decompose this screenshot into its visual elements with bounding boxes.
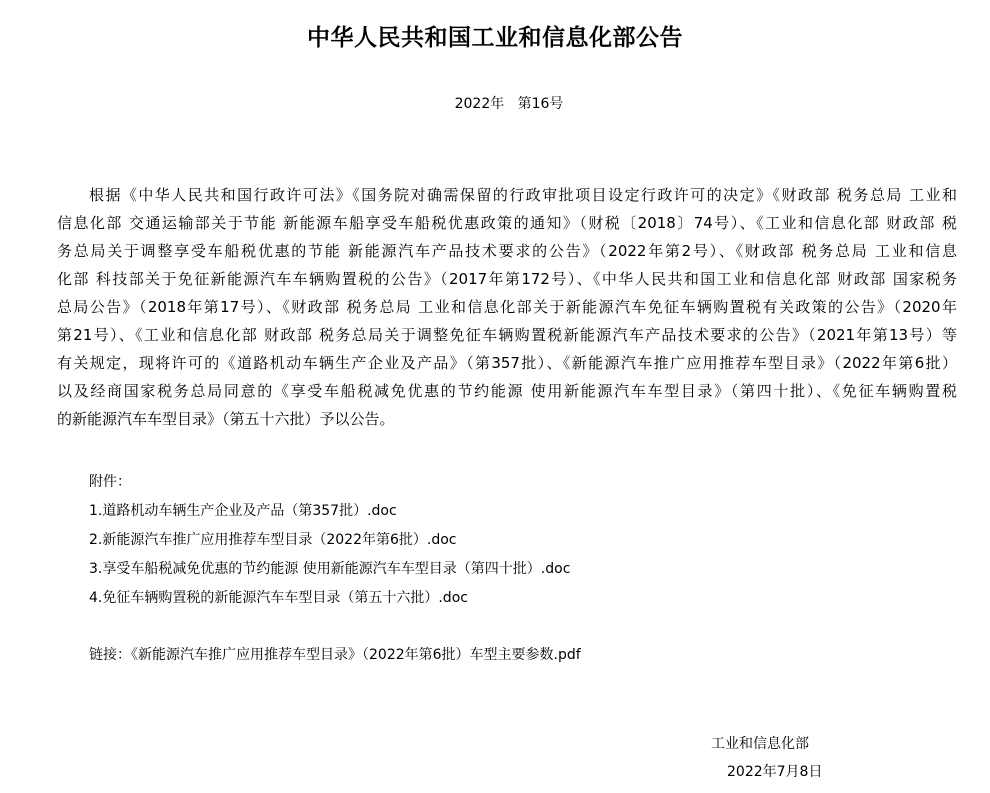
- body-line: 总局公告》（2018年第17号）、《财政部 税务总局 工业和信息化部关于新能源汽…: [57, 293, 957, 321]
- body-line: 的新能源汽车车型目录》（第五十六批）予以公告。: [57, 405, 957, 433]
- body-line: 化部 科技部关于免征新能源汽车车辆购置税的公告》（2017年第172号）、《中华…: [57, 265, 957, 293]
- body-line: 信息化部 交通运输部关于节能 新能源车船享受车船税优惠政策的通知》（财税〔201…: [57, 209, 957, 237]
- page-title: 中华人民共和国工业和信息化部公告: [0, 22, 990, 54]
- body-line: 根据《中华人民共和国行政许可法》《国务院对确需保留的行政审批项目设定行政许可的决…: [57, 181, 957, 209]
- attachments-heading: 附件：: [89, 468, 570, 497]
- related-link-label: 链接：: [89, 647, 131, 663]
- body-line: 有关规定，现将许可的《道路机动车辆生产企业及产品》（第357批）、《新能源汽车推…: [57, 349, 957, 377]
- attachment-link-3[interactable]: 3.享受车船税减免优惠的节约能源 使用新能源汽车车型目录（第四十批）.doc: [89, 561, 570, 577]
- attachment-link-1[interactable]: 1.道路机动车辆生产企业及产品（第357批）.doc: [89, 503, 397, 519]
- body-line: 以及经商国家税务总局同意的《享受车船税减免优惠的节约能源 使用新能源汽车车型目录…: [57, 377, 957, 405]
- body-line: 第21号）、《工业和信息化部 财政部 税务总局关于调整免征车辆购置税新能源汽车产…: [57, 321, 957, 349]
- attachment-link-2[interactable]: 2.新能源汽车推广应用推荐车型目录（2022年第6批）.doc: [89, 532, 457, 548]
- body-line: 务总局关于调整享受车船税优惠的节能 新能源汽车产品技术要求的公告》（2022年第…: [57, 237, 957, 265]
- announcement-body: 根据《中华人民共和国行政许可法》《国务院对确需保留的行政审批项目设定行政许可的决…: [57, 181, 957, 433]
- related-link-line: 链接：《新能源汽车推广应用推荐车型目录》（2022年第6批）车型主要参数.pdf: [89, 643, 581, 667]
- document-number: 2022年 第16号: [0, 94, 990, 114]
- attachments-section: 附件： 1.道路机动车辆生产企业及产品（第357批）.doc 2.新能源汽车推广…: [89, 468, 570, 613]
- issue-date: 2022年7月8日: [711, 758, 822, 786]
- related-link-pdf[interactable]: 《新能源汽车推广应用推荐车型目录》（2022年第6批）车型主要参数.pdf: [131, 647, 581, 663]
- issuing-organization: 工业和信息化部: [711, 730, 822, 758]
- attachment-link-4[interactable]: 4.免征车辆购置税的新能源汽车车型目录（第五十六批）.doc: [89, 590, 468, 606]
- signature-block: 工业和信息化部 2022年7月8日: [711, 730, 822, 786]
